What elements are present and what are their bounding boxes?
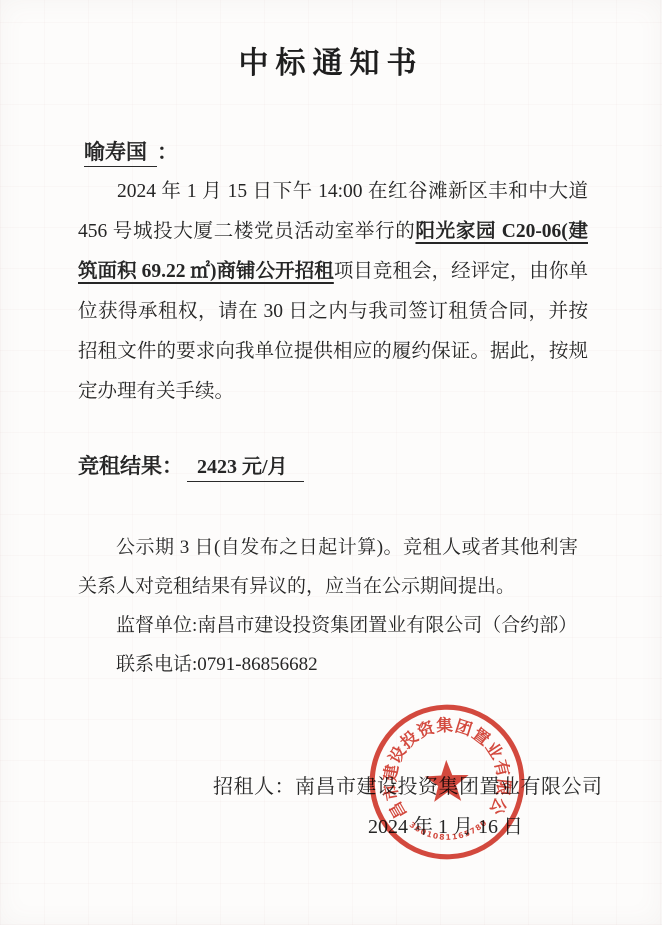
company-seal: 南昌市建设投资集团置业有限公司 3601081165780	[359, 694, 535, 870]
svg-text:南昌市建设投资集团置业有限公司: 南昌市建设投资集团置业有限公司	[359, 694, 516, 823]
addressee-line: 喻寿国：	[84, 136, 178, 166]
svg-text:3601081165780: 3601081165780	[407, 817, 489, 843]
seal-star-icon	[424, 759, 469, 802]
publicity-paragraph: 公示期 3 日(自发布之日起计算)。竞租人或者其他利害关系人对竞租结果有异议的，…	[78, 528, 578, 606]
lessor-label: 招租人：	[213, 776, 295, 798]
body-paragraph: 2024 年 1 月 15 日下午 14:00 在红谷滩新区丰和中大道 456 …	[78, 172, 588, 412]
seal-serial-text: 3601081165780	[407, 817, 489, 843]
page-title: 中标通知书	[0, 38, 662, 82]
publicity-block: 公示期 3 日(自发布之日起计算)。竞租人或者其他利害关系人对竞租结果有异议的，…	[78, 528, 578, 684]
phone-line: 联系电话:0791-86856682	[78, 645, 578, 684]
bid-result-value: 2423 元/月	[187, 450, 304, 482]
seal-company-text: 南昌市建设投资集团置业有限公司	[359, 694, 516, 823]
bid-result-label: 竞租结果：	[78, 454, 183, 478]
notice-document-page: 中标通知书 喻寿国： 2024 年 1 月 15 日下午 14:00 在红谷滩新…	[0, 0, 662, 925]
addressee-name: 喻寿国	[84, 140, 157, 167]
addressee-colon: ：	[157, 140, 178, 164]
body-text-after: 项目竞租会，经评定，由你单位获得承租权，请在 30 日之内与我司签订租赁合同，并…	[78, 261, 588, 402]
supervisor-line: 监督单位:南昌市建设投资集团置业有限公司（合约部）	[78, 606, 578, 645]
bid-result-line: 竞租结果：2423 元/月	[78, 450, 304, 482]
